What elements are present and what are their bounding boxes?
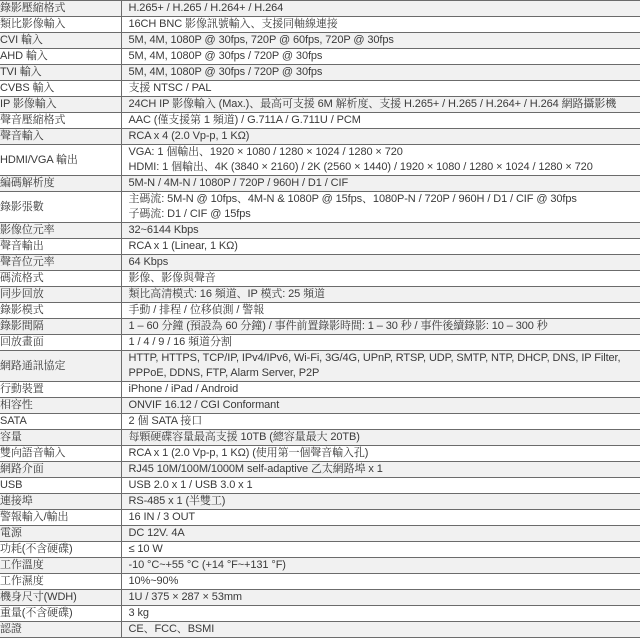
spec-value: 1 / 4 / 9 / 16 頻道分割 <box>121 335 640 351</box>
spec-value: 5M, 4M, 1080P @ 30fps / 720P @ 30fps <box>121 49 640 65</box>
spec-value-line: 32~6144 Kbps <box>122 223 640 238</box>
spec-row: 錄影模式手動 / 排程 / 位移偵測 / 警報 <box>0 303 640 319</box>
spec-sheet-page: 錄影壓縮格式H.265+ / H.265 / H.264+ / H.264類比影… <box>0 0 640 640</box>
spec-row: 工作濕度10%~90% <box>0 574 640 590</box>
spec-value: 支援 NTSC / PAL <box>121 81 640 97</box>
spec-label: 行動裝置 <box>0 382 121 398</box>
spec-label: 雙向語音輸入 <box>0 446 121 462</box>
spec-row: 類比影像輸入16CH BNC 影像訊號輸入、支援同軸線連接 <box>0 17 640 33</box>
spec-value-line: ≤ 10 W <box>122 542 640 557</box>
spec-value: 16CH BNC 影像訊號輸入、支援同軸線連接 <box>121 17 640 33</box>
spec-value-line: 3 kg <box>122 606 640 621</box>
spec-value: RS-485 x 1 (半雙工) <box>121 494 640 510</box>
spec-row: 影像位元率32~6144 Kbps <box>0 223 640 239</box>
spec-value-line: -10 °C~+55 °C (+14 °F~+131 °F) <box>122 558 640 573</box>
spec-label: CVBS 輸入 <box>0 81 121 97</box>
spec-label: 電源 <box>0 526 121 542</box>
spec-row: 編碼解析度5M-N / 4M-N / 1080P / 720P / 960H /… <box>0 176 640 192</box>
spec-label: 回放畫面 <box>0 335 121 351</box>
spec-row: 聲音位元率64 Kbps <box>0 255 640 271</box>
spec-label: 碼流格式 <box>0 271 121 287</box>
spec-row: AHD 輸入5M, 4M, 1080P @ 30fps / 720P @ 30f… <box>0 49 640 65</box>
spec-value: 手動 / 排程 / 位移偵測 / 警報 <box>121 303 640 319</box>
spec-value: 16 IN / 3 OUT <box>121 510 640 526</box>
spec-value-line: HDMI: 1 個輸出、4K (3840 × 2160) / 2K (2560 … <box>122 160 640 175</box>
spec-label: 錄影模式 <box>0 303 121 319</box>
spec-value: 1U / 375 × 287 × 53mm <box>121 590 640 606</box>
spec-value: ≤ 10 W <box>121 542 640 558</box>
spec-value-line: 手動 / 排程 / 位移偵測 / 警報 <box>122 303 640 318</box>
spec-value: USB 2.0 x 1 / USB 3.0 x 1 <box>121 478 640 494</box>
spec-row: USBUSB 2.0 x 1 / USB 3.0 x 1 <box>0 478 640 494</box>
spec-row: 重量(不含硬碟)3 kg <box>0 606 640 622</box>
spec-label: 影像位元率 <box>0 223 121 239</box>
spec-value: RCA x 4 (2.0 Vp-p, 1 KΩ) <box>121 129 640 145</box>
spec-value: 5M, 4M, 1080P @ 30fps, 720P @ 60fps, 720… <box>121 33 640 49</box>
spec-value-line: RCA x 1 (2.0 Vp-p, 1 KΩ) (使用第一個聲音輸入孔) <box>122 446 640 461</box>
spec-label: 聲音輸出 <box>0 239 121 255</box>
spec-value-line: 5M, 4M, 1080P @ 30fps, 720P @ 60fps, 720… <box>122 33 640 48</box>
spec-value: -10 °C~+55 °C (+14 °F~+131 °F) <box>121 558 640 574</box>
spec-label: USB <box>0 478 121 494</box>
spec-row: IP 影像輸入24CH IP 影像輸入 (Max.)、最高可支援 6M 解析度、… <box>0 97 640 113</box>
spec-value-line: 5M, 4M, 1080P @ 30fps / 720P @ 30fps <box>122 65 640 80</box>
spec-value: 3 kg <box>121 606 640 622</box>
spec-value-line: VGA: 1 個輸出、1920 × 1080 / 1280 × 1024 / 1… <box>122 145 640 160</box>
spec-value: 影像、影像與聲音 <box>121 271 640 287</box>
spec-value-line: HTTP, HTTPS, TCP/IP, IPv4/IPv6, Wi-Fi, 3… <box>122 351 640 366</box>
spec-value-line: 1 / 4 / 9 / 16 頻道分割 <box>122 335 640 350</box>
spec-row: 功耗(不含硬碟)≤ 10 W <box>0 542 640 558</box>
spec-value: RCA x 1 (Linear, 1 KΩ) <box>121 239 640 255</box>
spec-value-line: 子碼流: D1 / CIF @ 15fps <box>122 207 640 222</box>
spec-row: 同步回放類比高清模式: 16 頻道、IP 模式: 25 頻道 <box>0 287 640 303</box>
spec-value: VGA: 1 個輸出、1920 × 1080 / 1280 × 1024 / 1… <box>121 145 640 176</box>
spec-value-line: iPhone / iPad / Android <box>122 382 640 397</box>
spec-label: AHD 輸入 <box>0 49 121 65</box>
spec-row: HDMI/VGA 輸出VGA: 1 個輸出、1920 × 1080 / 1280… <box>0 145 640 176</box>
spec-value: CE、FCC、BSMI <box>121 622 640 638</box>
spec-table-body: 錄影壓縮格式H.265+ / H.265 / H.264+ / H.264類比影… <box>0 1 640 638</box>
spec-label: 網路介面 <box>0 462 121 478</box>
spec-label: 聲音壓縮格式 <box>0 113 121 129</box>
spec-value-line: 16 IN / 3 OUT <box>122 510 640 525</box>
spec-label: 聲音輸入 <box>0 129 121 145</box>
spec-label: 聲音位元率 <box>0 255 121 271</box>
spec-label: 功耗(不含硬碟) <box>0 542 121 558</box>
spec-value: 10%~90% <box>121 574 640 590</box>
spec-value-line: 類比高清模式: 16 頻道、IP 模式: 25 頻道 <box>122 287 640 302</box>
spec-row: 聲音壓縮格式AAC (僅支援第 1 頻道) / G.711A / G.711U … <box>0 113 640 129</box>
spec-label: 編碼解析度 <box>0 176 121 192</box>
spec-value: 5M-N / 4M-N / 1080P / 720P / 960H / D1 /… <box>121 176 640 192</box>
spec-value-line: 24CH IP 影像輸入 (Max.)、最高可支援 6M 解析度、支援 H.26… <box>122 97 640 112</box>
spec-value-line: 每顆硬碟容量最高支援 10TB (總容量最大 20TB) <box>122 430 640 445</box>
spec-row: 電源DC 12V. 4A <box>0 526 640 542</box>
spec-label: 同步回放 <box>0 287 121 303</box>
spec-value: RCA x 1 (2.0 Vp-p, 1 KΩ) (使用第一個聲音輸入孔) <box>121 446 640 462</box>
spec-row: 行動裝置iPhone / iPad / Android <box>0 382 640 398</box>
spec-label: 網路通訊協定 <box>0 351 121 382</box>
spec-label: 相容性 <box>0 398 121 414</box>
spec-label: 認證 <box>0 622 121 638</box>
spec-value: 24CH IP 影像輸入 (Max.)、最高可支援 6M 解析度、支援 H.26… <box>121 97 640 113</box>
spec-row: 認證CE、FCC、BSMI <box>0 622 640 638</box>
spec-value-line: DC 12V. 4A <box>122 526 640 541</box>
spec-value: H.265+ / H.265 / H.264+ / H.264 <box>121 1 640 17</box>
spec-value: 32~6144 Kbps <box>121 223 640 239</box>
spec-label: 工作濕度 <box>0 574 121 590</box>
spec-label: 連接埠 <box>0 494 121 510</box>
spec-label: SATA <box>0 414 121 430</box>
spec-label: 類比影像輸入 <box>0 17 121 33</box>
spec-label: 工作溫度 <box>0 558 121 574</box>
spec-value: 每顆硬碟容量最高支援 10TB (總容量最大 20TB) <box>121 430 640 446</box>
spec-value-line: 5M-N / 4M-N / 1080P / 720P / 960H / D1 /… <box>122 176 640 191</box>
spec-value-line: RS-485 x 1 (半雙工) <box>122 494 640 509</box>
spec-value-line: 64 Kbps <box>122 255 640 270</box>
spec-row: 聲音輸入RCA x 4 (2.0 Vp-p, 1 KΩ) <box>0 129 640 145</box>
spec-label: 警報輸入/輸出 <box>0 510 121 526</box>
spec-row: 連接埠RS-485 x 1 (半雙工) <box>0 494 640 510</box>
spec-row: 容量每顆硬碟容量最高支援 10TB (總容量最大 20TB) <box>0 430 640 446</box>
spec-value: DC 12V. 4A <box>121 526 640 542</box>
spec-row: 錄影間隔1 – 60 分鐘 (預設為 60 分鐘) / 事件前置錄影時間: 1 … <box>0 319 640 335</box>
spec-value-line: CE、FCC、BSMI <box>122 622 640 637</box>
spec-value-line: PPPoE, DDNS, FTP, Alarm Server, P2P <box>122 366 640 381</box>
spec-row: 回放畫面1 / 4 / 9 / 16 頻道分割 <box>0 335 640 351</box>
spec-label: 錄影張數 <box>0 192 121 223</box>
spec-label: CVI 輸入 <box>0 33 121 49</box>
spec-row: 雙向語音輸入RCA x 1 (2.0 Vp-p, 1 KΩ) (使用第一個聲音輸… <box>0 446 640 462</box>
spec-value: ONVIF 16.12 / CGI Conformant <box>121 398 640 414</box>
spec-value-line: 1U / 375 × 287 × 53mm <box>122 590 640 605</box>
spec-value-line: 影像、影像與聲音 <box>122 271 640 286</box>
spec-value: 主碼流: 5M-N @ 10fps、4M-N & 1080P @ 15fps、1… <box>121 192 640 223</box>
spec-value: AAC (僅支援第 1 頻道) / G.711A / G.711U / PCM <box>121 113 640 129</box>
spec-value-line: 2 個 SATA 接口 <box>122 414 640 429</box>
spec-row: 聲音輸出RCA x 1 (Linear, 1 KΩ) <box>0 239 640 255</box>
spec-table: 錄影壓縮格式H.265+ / H.265 / H.264+ / H.264類比影… <box>0 0 640 638</box>
spec-label: TVI 輸入 <box>0 65 121 81</box>
spec-row: CVI 輸入5M, 4M, 1080P @ 30fps, 720P @ 60fp… <box>0 33 640 49</box>
spec-row: 錄影張數主碼流: 5M-N @ 10fps、4M-N & 1080P @ 15f… <box>0 192 640 223</box>
spec-value-line: ONVIF 16.12 / CGI Conformant <box>122 398 640 413</box>
spec-value: HTTP, HTTPS, TCP/IP, IPv4/IPv6, Wi-Fi, 3… <box>121 351 640 382</box>
spec-value-line: 1 – 60 分鐘 (預設為 60 分鐘) / 事件前置錄影時間: 1 – 30… <box>122 319 640 334</box>
spec-label: 機身尺寸(WDH) <box>0 590 121 606</box>
spec-value-line: 支援 NTSC / PAL <box>122 81 640 96</box>
spec-row: 警報輸入/輸出16 IN / 3 OUT <box>0 510 640 526</box>
spec-value-line: H.265+ / H.265 / H.264+ / H.264 <box>122 1 640 16</box>
spec-label: 錄影壓縮格式 <box>0 1 121 17</box>
spec-value: 1 – 60 分鐘 (預設為 60 分鐘) / 事件前置錄影時間: 1 – 30… <box>121 319 640 335</box>
spec-value-line: RJ45 10M/100M/1000M self-adaptive 乙太網路埠 … <box>122 462 640 477</box>
spec-value: RJ45 10M/100M/1000M self-adaptive 乙太網路埠 … <box>121 462 640 478</box>
spec-value-line: RCA x 1 (Linear, 1 KΩ) <box>122 239 640 254</box>
spec-value-line: 主碼流: 5M-N @ 10fps、4M-N & 1080P @ 15fps、1… <box>122 192 640 207</box>
spec-value-line: AAC (僅支援第 1 頻道) / G.711A / G.711U / PCM <box>122 113 640 128</box>
spec-value: 64 Kbps <box>121 255 640 271</box>
spec-value-line: RCA x 4 (2.0 Vp-p, 1 KΩ) <box>122 129 640 144</box>
spec-row: 碼流格式影像、影像與聲音 <box>0 271 640 287</box>
spec-value-line: USB 2.0 x 1 / USB 3.0 x 1 <box>122 478 640 493</box>
spec-row: 機身尺寸(WDH)1U / 375 × 287 × 53mm <box>0 590 640 606</box>
spec-value-line: 10%~90% <box>122 574 640 589</box>
spec-value: iPhone / iPad / Android <box>121 382 640 398</box>
spec-label: 錄影間隔 <box>0 319 121 335</box>
spec-row: 工作溫度-10 °C~+55 °C (+14 °F~+131 °F) <box>0 558 640 574</box>
spec-row: 錄影壓縮格式H.265+ / H.265 / H.264+ / H.264 <box>0 1 640 17</box>
spec-row: CVBS 輸入支援 NTSC / PAL <box>0 81 640 97</box>
spec-label: IP 影像輸入 <box>0 97 121 113</box>
spec-row: SATA2 個 SATA 接口 <box>0 414 640 430</box>
spec-row: 網路介面RJ45 10M/100M/1000M self-adaptive 乙太… <box>0 462 640 478</box>
spec-value: 類比高清模式: 16 頻道、IP 模式: 25 頻道 <box>121 287 640 303</box>
spec-value: 2 個 SATA 接口 <box>121 414 640 430</box>
spec-value: 5M, 4M, 1080P @ 30fps / 720P @ 30fps <box>121 65 640 81</box>
spec-label: 容量 <box>0 430 121 446</box>
spec-value-line: 5M, 4M, 1080P @ 30fps / 720P @ 30fps <box>122 49 640 64</box>
spec-label: HDMI/VGA 輸出 <box>0 145 121 176</box>
spec-row: TVI 輸入5M, 4M, 1080P @ 30fps / 720P @ 30f… <box>0 65 640 81</box>
spec-label: 重量(不含硬碟) <box>0 606 121 622</box>
spec-value-line: 16CH BNC 影像訊號輸入、支援同軸線連接 <box>122 17 640 32</box>
spec-row: 網路通訊協定HTTP, HTTPS, TCP/IP, IPv4/IPv6, Wi… <box>0 351 640 382</box>
spec-row: 相容性ONVIF 16.12 / CGI Conformant <box>0 398 640 414</box>
